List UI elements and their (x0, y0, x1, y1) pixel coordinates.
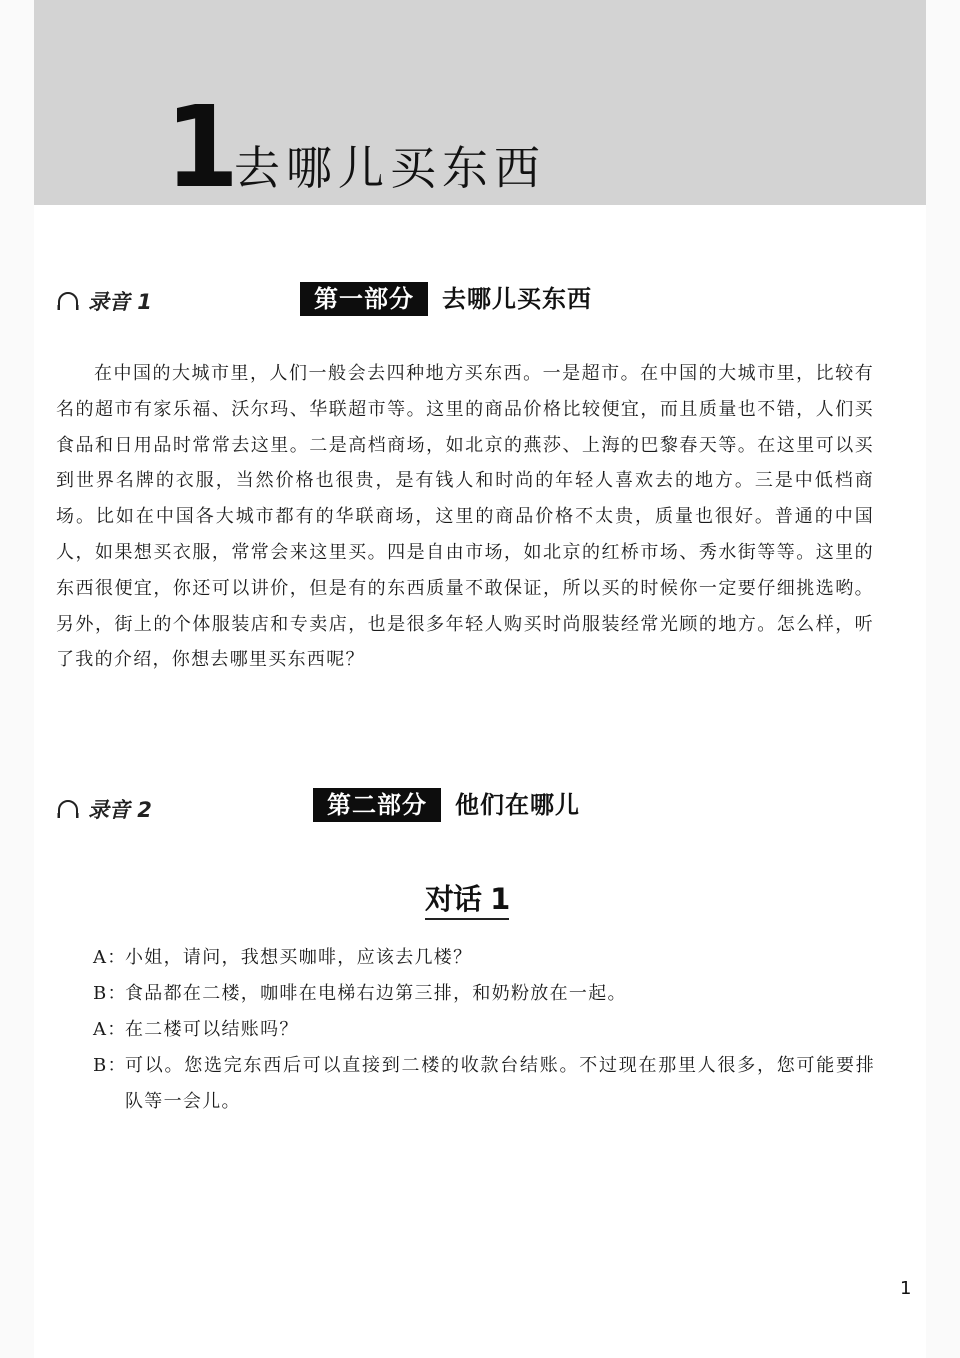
dialogue-line: A： 小姐，请问，我想买咖啡，应该去几楼？ (93, 940, 875, 976)
headphones-icon (56, 799, 80, 819)
utterance: 可以。您选完东西后可以直接到二楼的收款台结账。不过现在那里人很多，您可能要排队等… (125, 1048, 875, 1120)
speaker-label: A： (93, 940, 125, 976)
utterance: 食品都在二楼，咖啡在电梯右边第三排，和奶粉放在一起。 (125, 976, 875, 1012)
recording-label-1[interactable]: 录音 1 (56, 286, 152, 316)
dialogue-line: B： 食品都在二楼，咖啡在电梯右边第三排，和奶粉放在一起。 (93, 976, 875, 1012)
section-heading-1: 第一部分 去哪儿买东西 (300, 282, 592, 316)
page-number: 1 (900, 1278, 911, 1299)
recording-label-text: 录音 2 (88, 794, 152, 824)
dialogue-list: A： 小姐，请问，我想买咖啡，应该去几楼？ B： 食品都在二楼，咖啡在电梯右边第… (93, 940, 875, 1120)
part-title: 他们在哪儿 (455, 788, 580, 822)
chapter-title: 去哪儿买东西 (234, 140, 546, 196)
dialogue-line: A： 在二楼可以结账吗？ (93, 1012, 875, 1048)
chapter-number: 1 (165, 92, 239, 204)
section-heading-2: 第二部分 他们在哪儿 (313, 788, 580, 822)
part-label: 第二部分 (313, 788, 441, 822)
headphones-icon (56, 291, 80, 311)
dialogue-heading: 对话 1 (425, 880, 509, 920)
speaker-label: B： (93, 1048, 125, 1120)
speaker-label: A： (93, 1012, 125, 1048)
part-title: 去哪儿买东西 (442, 282, 592, 316)
reading-paragraph: 在中国的大城市里，人们一般会去四种地方买东西。一是超市。在中国的大城市里，比较有… (56, 356, 874, 678)
utterance: 在二楼可以结账吗？ (125, 1012, 875, 1048)
part-label: 第一部分 (300, 282, 428, 316)
utterance: 小姐，请问，我想买咖啡，应该去几楼？ (125, 940, 875, 976)
recording-label-text: 录音 1 (88, 286, 152, 316)
dialogue-line: B： 可以。您选完东西后可以直接到二楼的收款台结账。不过现在那里人很多，您可能要… (93, 1048, 875, 1120)
recording-label-2[interactable]: 录音 2 (56, 794, 152, 824)
speaker-label: B： (93, 976, 125, 1012)
